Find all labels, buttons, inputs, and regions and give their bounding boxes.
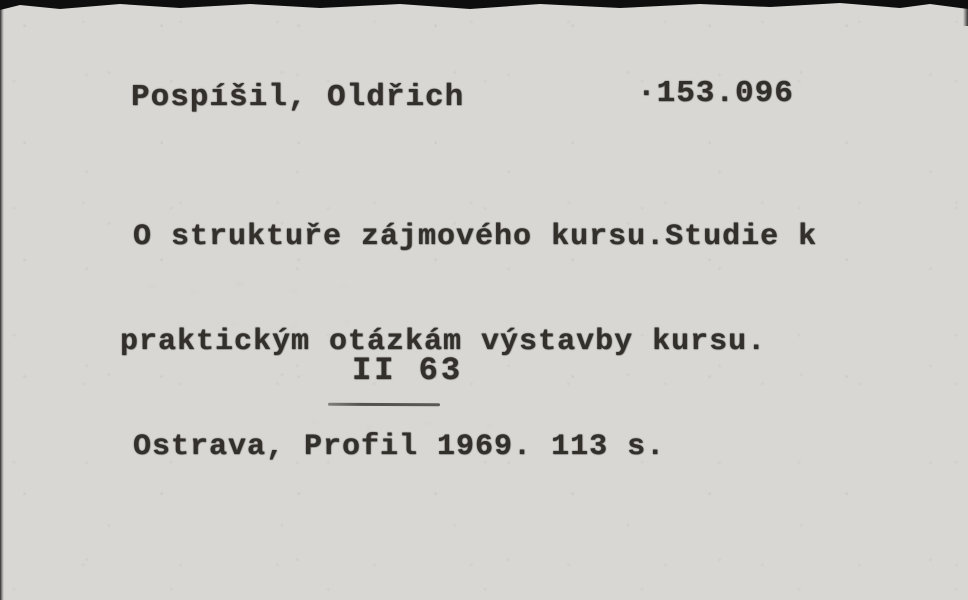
shelf-mark: II 63 [352,352,463,389]
author-name: Pospíšil, Oldřich [131,80,464,115]
entry-line: Ostrava, Profil 1969. 113 s. [133,430,817,465]
catalog-card: Pospíšil, Oldřich ·153.096 O struktuře z… [0,0,968,600]
entry-line: O struktuře zájmového kursu.Studie k [133,220,817,255]
shelf-mark-underline [328,403,440,407]
bibliographic-entry: O struktuře zájmového kursu.Studie k pra… [120,150,817,535]
call-number: ·153.096 [637,76,794,111]
entry-line: praktickým otázkám výstavby kursu. [120,325,817,360]
scan-top-edge [0,0,968,12]
scan-left-edge [0,0,4,600]
scan-top-right-edge [963,0,968,26]
